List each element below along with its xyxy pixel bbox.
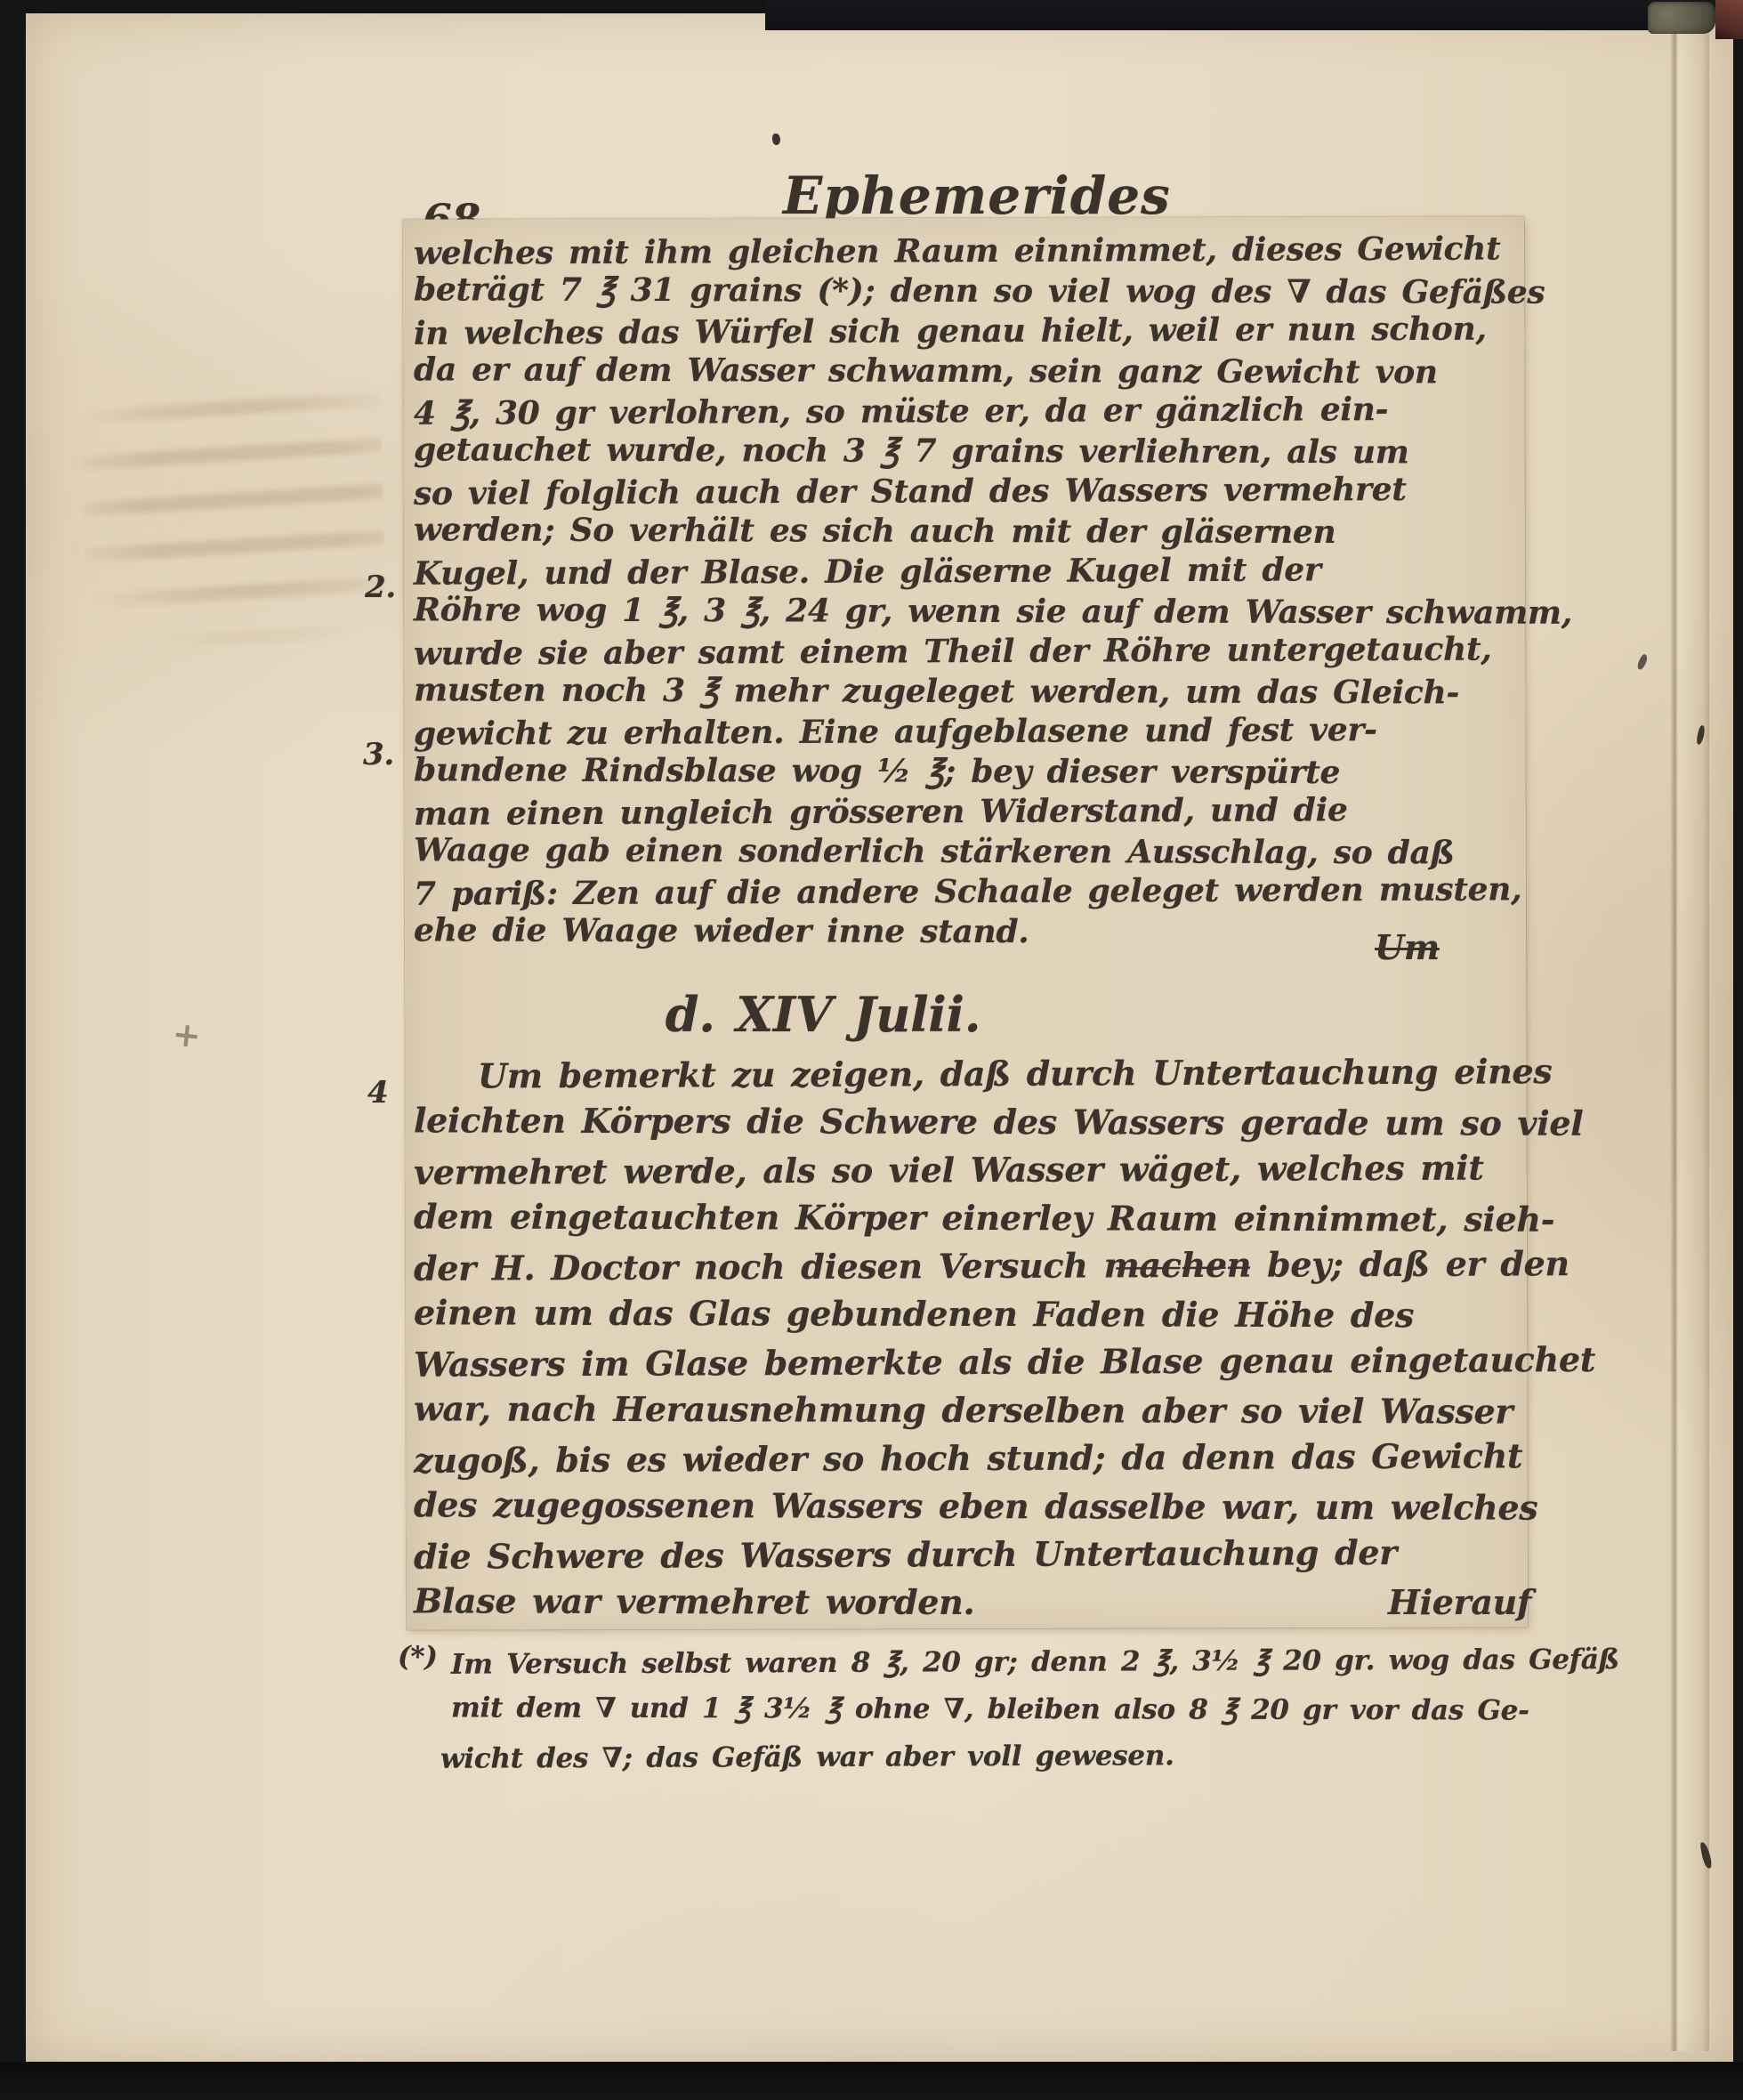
scan-border-top-right	[765, 0, 1722, 30]
handwritten-line: vermehret werde, als so viel Wasser wäge…	[414, 1143, 1553, 1197]
handwritten-line: getauchet wurde, noch 3 ℥ 7 grains verli…	[414, 430, 1553, 472]
handwritten-line: bundene Rindsblase wog ½ ℥; bey dieser v…	[414, 750, 1553, 793]
manuscript-scan: 68 Ephemerides 2. 3. 4 + welches mit ihm…	[0, 0, 1743, 2100]
ink-speck	[772, 133, 780, 145]
margin-number-2: 2.	[365, 569, 396, 605]
handwritten-line: die Schwere des Wassers durch Untertauch…	[414, 1528, 1553, 1581]
margin-number-4: 4	[367, 1075, 388, 1111]
paragraph-1-catchword: Um	[1375, 927, 1440, 967]
footnote-marker: (*)	[398, 1641, 438, 1673]
handwritten-line: leichten Körpers die Schwere des Wassers…	[414, 1096, 1553, 1147]
footnote: Im Versuch selbst waren 8 ℥, 20 gr; denn…	[451, 1639, 1572, 1781]
book-headband	[1648, 2, 1715, 34]
handwritten-line: gewicht zu erhalten. Eine aufgeblasene u…	[414, 709, 1553, 755]
paragraph-2-catchword: Hierauf	[1388, 1582, 1531, 1622]
handwritten-line: Röhre wog 1 ℥, 3 ℥, 24 gr, wenn sie auf …	[414, 590, 1553, 633]
handwritten-line: man einen ungleich grösseren Widerstand,…	[414, 789, 1553, 835]
margin-cross-mark: +	[171, 1013, 203, 1055]
handwritten-line: musten noch 3 ℥ mehr zugeleget werden, u…	[414, 670, 1553, 713]
handwritten-line: wurde sie aber samt einem Theil der Röhr…	[414, 629, 1553, 674]
handwritten-line: Wassers im Glase bemerkte als die Blase …	[414, 1336, 1553, 1389]
scan-border-right	[1733, 0, 1743, 2100]
handwritten-line: welches mit ihm gleichen Raum einnimmet,…	[414, 229, 1553, 274]
handwritten-line: 4 ℥, 30 gr verlohren, so müste er, da er…	[414, 389, 1553, 434]
stacked-leaf-edges	[1676, 18, 1709, 2051]
margin-number-3: 3.	[363, 737, 394, 772]
handwritten-line: Kugel, und der Blase. Die gläserne Kugel…	[414, 549, 1553, 594]
scan-border-left	[0, 0, 26, 2100]
handwritten-line: zugoß, bis es wieder so hoch stund; da d…	[414, 1432, 1553, 1485]
handwritten-line: da er auf dem Wasser schwamm, sein ganz …	[414, 350, 1553, 392]
book-board-corner	[1715, 0, 1743, 39]
section-heading-date: d. XIV Julii.	[569, 986, 1077, 1043]
paragraph-1: welches mit ihm gleichen Raum einnimmet,…	[414, 231, 1553, 952]
handwritten-line: werden; So verhält es sich auch mit der …	[414, 510, 1553, 553]
paragraph-2: Um bemerkt zu zeigen, daß durch Untertau…	[414, 1050, 1553, 1627]
handwritten-line: wicht des ∇; das Gefäß war aber voll gew…	[440, 1731, 1572, 1783]
handwritten-line: Blase war vermehret worden.	[414, 1577, 1553, 1627]
handwritten-line: einen um das Glas gebundenen Faden die H…	[414, 1288, 1553, 1339]
handwritten-line: Um bemerkt zu zeigen, daß durch Untertau…	[414, 1047, 1553, 1101]
handwritten-line: der H. Doctor noch diesen Versuch m̶a̶c̶…	[414, 1240, 1553, 1293]
handwritten-line: war, nach Herausnehmung derselben aber s…	[414, 1385, 1553, 1435]
scan-border-bottom	[0, 2062, 1743, 2100]
handwritten-line: dem eingetauchten Körper einerley Raum e…	[414, 1192, 1553, 1243]
handwritten-line: Im Versuch selbst waren 8 ℥, 20 gr; denn…	[451, 1636, 1572, 1688]
bleedthrough-text	[78, 390, 388, 665]
handwritten-line: Waage gab einen sonderlich stärkeren Aus…	[414, 830, 1553, 873]
handwritten-line: so viel folglich auch der Stand des Wass…	[414, 469, 1553, 514]
handwritten-line: 7 pariß: Zen auf die andere Schaale gele…	[414, 869, 1553, 915]
handwritten-line: des zugegossenen Wassers eben dasselbe w…	[414, 1481, 1553, 1531]
handwritten-line: in welches das Würfel sich genau hielt, …	[414, 309, 1553, 354]
handwritten-line: mit dem ∇ und 1 ℥ 3½ ℥ ohne ∇, bleiben a…	[451, 1684, 1572, 1734]
handwritten-line: beträgt 7 ℥ 31 grains (*); denn so viel …	[414, 270, 1553, 312]
